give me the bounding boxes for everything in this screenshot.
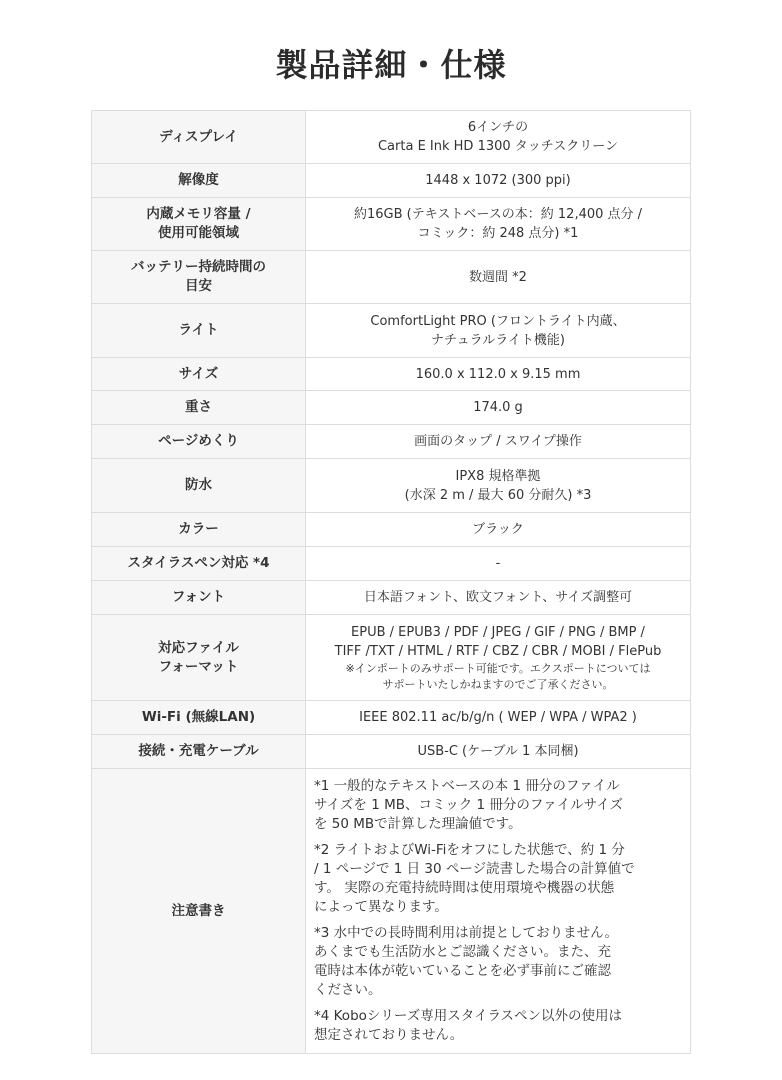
value-text: USB-C (ケーブル 1 本同梱): [314, 742, 682, 761]
note-line: サイズを 1 MB、コミック 1 冊分のファイルサイズ: [314, 796, 682, 815]
value-text: ナチュラルライト機能): [314, 331, 682, 350]
note-3: *3 水中での長時間利用は前提としておりません。 あくまでも生活防水とご認識くだ…: [314, 924, 682, 1000]
row-value: 数週間 *2: [306, 251, 691, 304]
row-value: ComfortLight PRO (フロントライト内蔵、ナチュラルライト機能): [306, 304, 691, 358]
label-text: ライト: [100, 321, 297, 340]
format-note: サポートいたしかねますのでご了承ください。: [314, 677, 682, 693]
note-line: *3 水中での長時間利用は前提としておりません。: [314, 924, 682, 943]
value-text: 6インチの: [314, 118, 682, 137]
row-value: EPUB / EPUB3 / PDF / JPEG / GIF / PNG / …: [306, 615, 691, 701]
row-label: ライト: [92, 304, 306, 358]
row-value: 6インチのCarta E Ink HD 1300 タッチスクリーン: [306, 111, 691, 164]
value-text: 数週間 *2: [314, 268, 682, 287]
value-text: 画面のタップ / スワイプ操作: [314, 432, 682, 451]
value-text: Carta E Ink HD 1300 タッチスクリーン: [314, 137, 682, 156]
row-label: Wi-Fi (無線LAN): [92, 701, 306, 735]
row-value: 160.0 x 112.0 x 9.15 mm: [306, 358, 691, 391]
table-row-light: ライト ComfortLight PRO (フロントライト内蔵、ナチュラルライト…: [92, 304, 691, 358]
table-row-resolution: 解像度 1448 x 1072 (300 ppi): [92, 164, 691, 198]
value-text: 約16GB (テキストベースの本：約 12,400 点分 /: [314, 205, 682, 224]
row-label: 内蔵メモリ容量 /使用可能領域: [92, 198, 306, 251]
note-line: *1 一般的なテキストベースの本 1 冊分のファイル: [314, 777, 682, 796]
value-text: 1448 x 1072 (300 ppi): [314, 171, 682, 190]
value-text: IPX8 規格準拠: [314, 467, 682, 486]
note-1: *1 一般的なテキストベースの本 1 冊分のファイル サイズを 1 MB、コミッ…: [314, 777, 682, 834]
table-row-memory: 内蔵メモリ容量 /使用可能領域 約16GB (テキストベースの本：約 12,40…: [92, 198, 691, 251]
note-line: あくまでも生活防水とご認識ください。また、充: [314, 943, 682, 962]
note-line: *2 ライトおよびWi-Fiをオフにした状態で、約 1 分: [314, 841, 682, 860]
note-line: *4 Koboシリーズ専用スタイラスペン以外の使用は: [314, 1007, 682, 1026]
value-text: ComfortLight PRO (フロントライト内蔵、: [314, 312, 682, 331]
value-text: (水深 2 m / 最大 60 分耐久) *3: [314, 486, 682, 505]
note-line: す。 実際の充電持続時間は使用環境や機器の状態: [314, 879, 682, 898]
table-row-weight: 重さ 174.0 g: [92, 391, 691, 425]
value-text: TIFF /TXT / HTML / RTF / CBZ / CBR / MOB…: [314, 642, 682, 661]
table-row-page-turn: ページめくり 画面のタップ / スワイプ操作: [92, 425, 691, 459]
label-text: 重さ: [100, 398, 297, 417]
table-row-stylus: スタイラスペン対応 *4 -: [92, 547, 691, 581]
table-row-color: カラー ブラック: [92, 513, 691, 547]
note-line: によって異なります。: [314, 898, 682, 917]
note-4: *4 Koboシリーズ専用スタイラスペン以外の使用は 想定されておりません。: [314, 1007, 682, 1045]
value-text: 日本語フォント、欧文フォント、サイズ調整可: [314, 588, 682, 607]
table-row-display: ディスプレイ 6インチのCarta E Ink HD 1300 タッチスクリーン: [92, 111, 691, 164]
note-line: ください。: [314, 981, 682, 1000]
value-text: コミック：約 248 点分) *1: [314, 224, 682, 243]
row-label: 注意書き: [92, 769, 306, 1054]
row-label: 重さ: [92, 391, 306, 425]
label-text: カラー: [100, 520, 297, 539]
row-label: スタイラスペン対応 *4: [92, 547, 306, 581]
table-row-notes: 注意書き *1 一般的なテキストベースの本 1 冊分のファイル サイズを 1 M…: [92, 769, 691, 1054]
label-text: サイズ: [100, 365, 297, 384]
label-text: Wi-Fi (無線LAN): [100, 708, 297, 727]
label-text: ページめくり: [100, 432, 297, 451]
label-text: 内蔵メモリ容量 /: [100, 205, 297, 224]
row-value: ブラック: [306, 513, 691, 547]
table-row-cable: 接続・充電ケーブル USB-C (ケーブル 1 本同梱): [92, 735, 691, 769]
table-row-file-format: 対応ファイルフォーマット EPUB / EPUB3 / PDF / JPEG /…: [92, 615, 691, 701]
value-text: -: [314, 554, 682, 573]
row-label: 接続・充電ケーブル: [92, 735, 306, 769]
value-text: EPUB / EPUB3 / PDF / JPEG / GIF / PNG / …: [314, 623, 682, 642]
row-label: バッテリー持続時間の目安: [92, 251, 306, 304]
note-2: *2 ライトおよびWi-Fiをオフにした状態で、約 1 分 / 1 ページで 1…: [314, 841, 682, 917]
value-text: IEEE 802.11 ac/b/g/n ( WEP / WPA / WPA2 …: [314, 708, 682, 727]
row-label: ページめくり: [92, 425, 306, 459]
row-value: 日本語フォント、欧文フォント、サイズ調整可: [306, 581, 691, 615]
label-text: 解像度: [100, 171, 297, 190]
value-text: ブラック: [314, 520, 682, 539]
label-text: フォント: [100, 588, 297, 607]
row-label: ディスプレイ: [92, 111, 306, 164]
row-value: 約16GB (テキストベースの本：約 12,400 点分 /コミック：約 248…: [306, 198, 691, 251]
label-text: 目安: [100, 277, 297, 296]
row-value: USB-C (ケーブル 1 本同梱): [306, 735, 691, 769]
row-value: 1448 x 1072 (300 ppi): [306, 164, 691, 198]
spec-table: ディスプレイ 6インチのCarta E Ink HD 1300 タッチスクリーン…: [91, 110, 691, 1054]
row-label: 防水: [92, 459, 306, 513]
row-value: -: [306, 547, 691, 581]
table-row-battery: バッテリー持続時間の目安 数週間 *2: [92, 251, 691, 304]
label-text: バッテリー持続時間の: [100, 258, 297, 277]
row-label: サイズ: [92, 358, 306, 391]
note-line: / 1 ページで 1 日 30 ページ読書した場合の計算値で: [314, 860, 682, 879]
label-text: フォーマット: [100, 658, 297, 677]
row-value: 画面のタップ / スワイプ操作: [306, 425, 691, 459]
label-text: 使用可能領域: [100, 224, 297, 243]
table-row-wifi: Wi-Fi (無線LAN) IEEE 802.11 ac/b/g/n ( WEP…: [92, 701, 691, 735]
page-title: 製品詳細・仕様: [0, 40, 782, 86]
label-text: 注意書き: [100, 902, 297, 921]
row-label: フォント: [92, 581, 306, 615]
table-row-size: サイズ 160.0 x 112.0 x 9.15 mm: [92, 358, 691, 391]
notes-cell: *1 一般的なテキストベースの本 1 冊分のファイル サイズを 1 MB、コミッ…: [306, 769, 691, 1054]
note-line: 電時は本体が乾いていることを必ず事前にご確認: [314, 962, 682, 981]
format-note: ※インポートのみサポート可能です。エクスポートについては: [314, 661, 682, 677]
table-row-waterproof: 防水 IPX8 規格準拠(水深 2 m / 最大 60 分耐久) *3: [92, 459, 691, 513]
row-label: 解像度: [92, 164, 306, 198]
note-line: を 50 MBで計算した理論値です。: [314, 815, 682, 834]
row-value: IPX8 規格準拠(水深 2 m / 最大 60 分耐久) *3: [306, 459, 691, 513]
label-text: 接続・充電ケーブル: [100, 742, 297, 761]
value-text: 160.0 x 112.0 x 9.15 mm: [314, 365, 682, 384]
table-row-font: フォント 日本語フォント、欧文フォント、サイズ調整可: [92, 581, 691, 615]
row-label: カラー: [92, 513, 306, 547]
label-text: 対応ファイル: [100, 639, 297, 658]
row-value: IEEE 802.11 ac/b/g/n ( WEP / WPA / WPA2 …: [306, 701, 691, 735]
label-text: スタイラスペン対応 *4: [100, 554, 297, 573]
row-label: 対応ファイルフォーマット: [92, 615, 306, 701]
label-text: ディスプレイ: [100, 128, 297, 147]
value-text: 174.0 g: [314, 398, 682, 417]
row-value: 174.0 g: [306, 391, 691, 425]
note-line: 想定されておりません。: [314, 1026, 682, 1045]
label-text: 防水: [100, 476, 297, 495]
